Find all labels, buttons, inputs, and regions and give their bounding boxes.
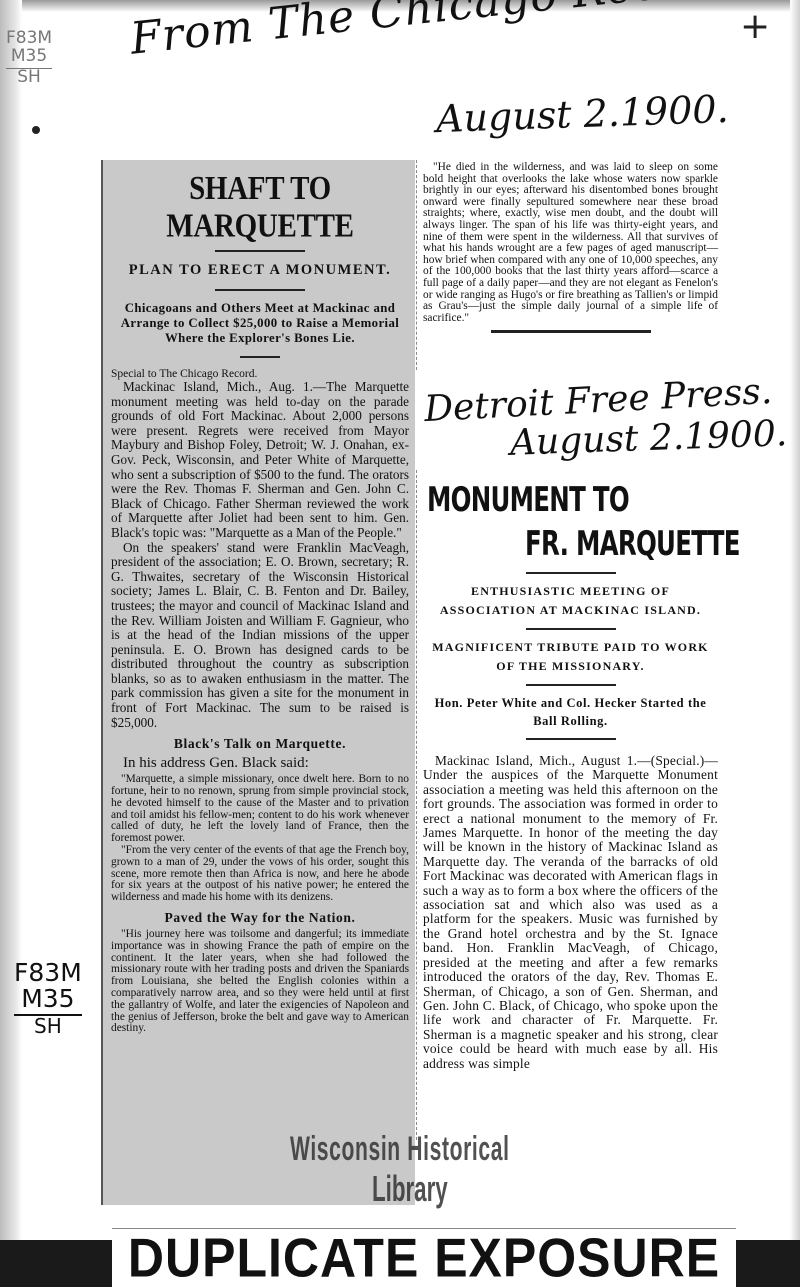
duplicate-exposure-text: DUPLICATE EXPOSURE xyxy=(128,1226,720,1287)
paragraph: Mackinac Island, Mich., Aug. 1.—The Marq… xyxy=(111,380,409,541)
subhead: Paved the Way for the Nation. xyxy=(111,910,409,926)
quote-paragraph: "Marquette, a simple missionary, once dw… xyxy=(111,774,409,845)
library-stamp-line1: Wisconsin Historical xyxy=(290,1130,510,1169)
duplicate-exposure-label: DUPLICATE EXPOSURE xyxy=(112,1228,736,1287)
quotation: "His journey here was toilsome and dange… xyxy=(111,929,409,1035)
headline-line2: FR. MARQUETTE xyxy=(525,524,664,564)
headline-line1: MONUMENT TO xyxy=(427,480,637,520)
deck-primary: PLAN TO ERECT A MONUMENT. xyxy=(111,262,409,279)
call-number-mid-line2: M35 xyxy=(14,986,82,1015)
end-rule xyxy=(491,330,651,333)
call-number-mid: F83M M35 SH xyxy=(14,960,82,1037)
intro-line: In his address Gen. Black said: xyxy=(123,755,409,772)
paragraph: On the speakers' stand were Franklin Mac… xyxy=(111,541,409,731)
article-body: Mackinac Island, Mich., Aug. 1.—The Marq… xyxy=(111,380,409,730)
chicago-record-clipping: SHAFT TO MARQUETTE PLAN TO ERECT A MONUM… xyxy=(101,160,415,1205)
divider xyxy=(526,628,616,630)
plus-mark: + xyxy=(740,6,770,47)
call-number-top: F83M M35 SH xyxy=(6,30,52,87)
call-number-line2: M35 xyxy=(6,48,52,69)
scan-edge-right xyxy=(790,0,800,1287)
quote-paragraph: "His journey here was toilsome and dange… xyxy=(111,929,409,1035)
scan-edge-left xyxy=(0,0,22,1287)
paragraph: Mackinac Island, Mich., August 1.—(Speci… xyxy=(423,754,718,1071)
quote-paragraph: "From the very center of the events of t… xyxy=(111,845,409,904)
headline: SHAFT TO MARQUETTE xyxy=(111,170,409,246)
call-number-mid-line3: SH xyxy=(14,1016,82,1037)
divider xyxy=(526,684,616,686)
deck-tertiary: Hon. Peter White and Col. Hecker Started… xyxy=(423,694,718,730)
deck-secondary: Chicagoans and Others Meet at Mackinac a… xyxy=(111,301,409,346)
detroit-free-press-clipping: MONUMENT TO FR. MARQUETTE ENTHUSIASTIC M… xyxy=(416,470,722,1140)
quotation: "Marquette, a simple missionary, once dw… xyxy=(111,774,409,904)
divider xyxy=(215,250,305,252)
divider xyxy=(526,572,616,574)
subhead: Black's Talk on Marquette. xyxy=(111,736,409,752)
chicago-record-continuation: "He died in the wilderness, and was laid… xyxy=(416,160,722,370)
library-stamp-line2: Library xyxy=(372,1168,448,1210)
deck-secondary: MAGNIFICENT TRIBUTE PAID TO WORK OF THE … xyxy=(423,638,718,676)
punch-hole-mark xyxy=(32,126,40,134)
divider xyxy=(240,356,280,358)
handwritten-date-mid: August 2.1900. xyxy=(509,413,787,464)
deck-primary: ENTHUSIASTIC MEETING OF ASSOCIATION AT M… xyxy=(423,582,718,620)
call-number-mid-line1: F83M xyxy=(14,960,82,986)
quote-paragraph: "He died in the wilderness, and was laid… xyxy=(423,162,718,324)
divider xyxy=(215,289,305,291)
call-number-line3: SH xyxy=(6,69,52,87)
handwritten-date-top: August 2.1900. xyxy=(435,87,729,141)
article-body: Mackinac Island, Mich., August 1.—(Speci… xyxy=(423,754,718,1071)
divider xyxy=(526,738,616,740)
